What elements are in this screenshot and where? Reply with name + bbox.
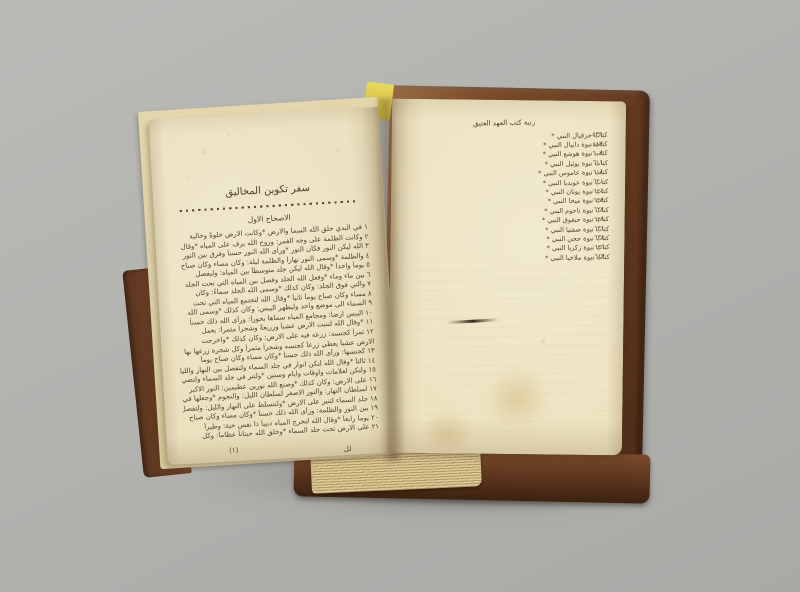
foxing-spot xyxy=(336,149,339,152)
left-page-content: سفر تكوين المخاليق الاصحاح الاول ١ في ال… xyxy=(149,107,398,465)
toc-page-number: ٦٢١ xyxy=(593,188,608,195)
verse-text-block: ١ في البدي خلق الله السما والارض *وكانت … xyxy=(173,223,379,444)
photo-background: سفر تكوين المخاليق الاصحاح الاول ١ في ال… xyxy=(0,0,800,592)
foxing-spot xyxy=(188,175,191,178)
right-page-content: رتبة كتب العهد العتيق كتاب حزقيال النبي … xyxy=(387,98,628,456)
book-title: سفر تكوين المخاليق xyxy=(153,179,383,203)
toc-page-number: ٦١٤ xyxy=(593,169,608,176)
stain-blotch xyxy=(417,411,478,460)
foxing-spot xyxy=(541,339,545,343)
toc-page-number: ٦٢٩ xyxy=(594,216,609,223)
toc-page-number: ٦٢٣ xyxy=(593,197,608,204)
toc-page-number: ٦٣١ xyxy=(594,225,609,232)
catchword: لل xyxy=(344,445,352,453)
toc-page-number: ٦١١ xyxy=(593,159,608,166)
toc-page-number: ٦٣٦ xyxy=(594,244,609,251)
contents-list: كتاب حزقيال النبي *٥٣٩ كتاب نبوة دانيال … xyxy=(397,130,609,265)
toc-page-number: ٥٨٣ xyxy=(592,141,607,148)
right-page: رتبة كتب العهد العتيق كتاب حزقيال النبي … xyxy=(388,99,626,456)
toc-page-number: ٦٠٣ xyxy=(593,150,608,157)
toc-page-number: ٦٢٧ xyxy=(594,206,609,213)
toc-page-number: ٦٣٤ xyxy=(594,235,609,242)
contents-header: رتبة كتب العهد العتيق xyxy=(387,117,621,129)
page-number: (١) xyxy=(229,446,239,455)
left-page: سفر تكوين المخاليق الاصحاح الاول ١ في ال… xyxy=(149,107,398,465)
toc-page-number: ٥٣٩ xyxy=(592,131,607,138)
toc-page-number: ٦٢٠ xyxy=(593,178,608,185)
foxing-spot xyxy=(202,151,206,155)
foxing-spot xyxy=(227,133,230,136)
